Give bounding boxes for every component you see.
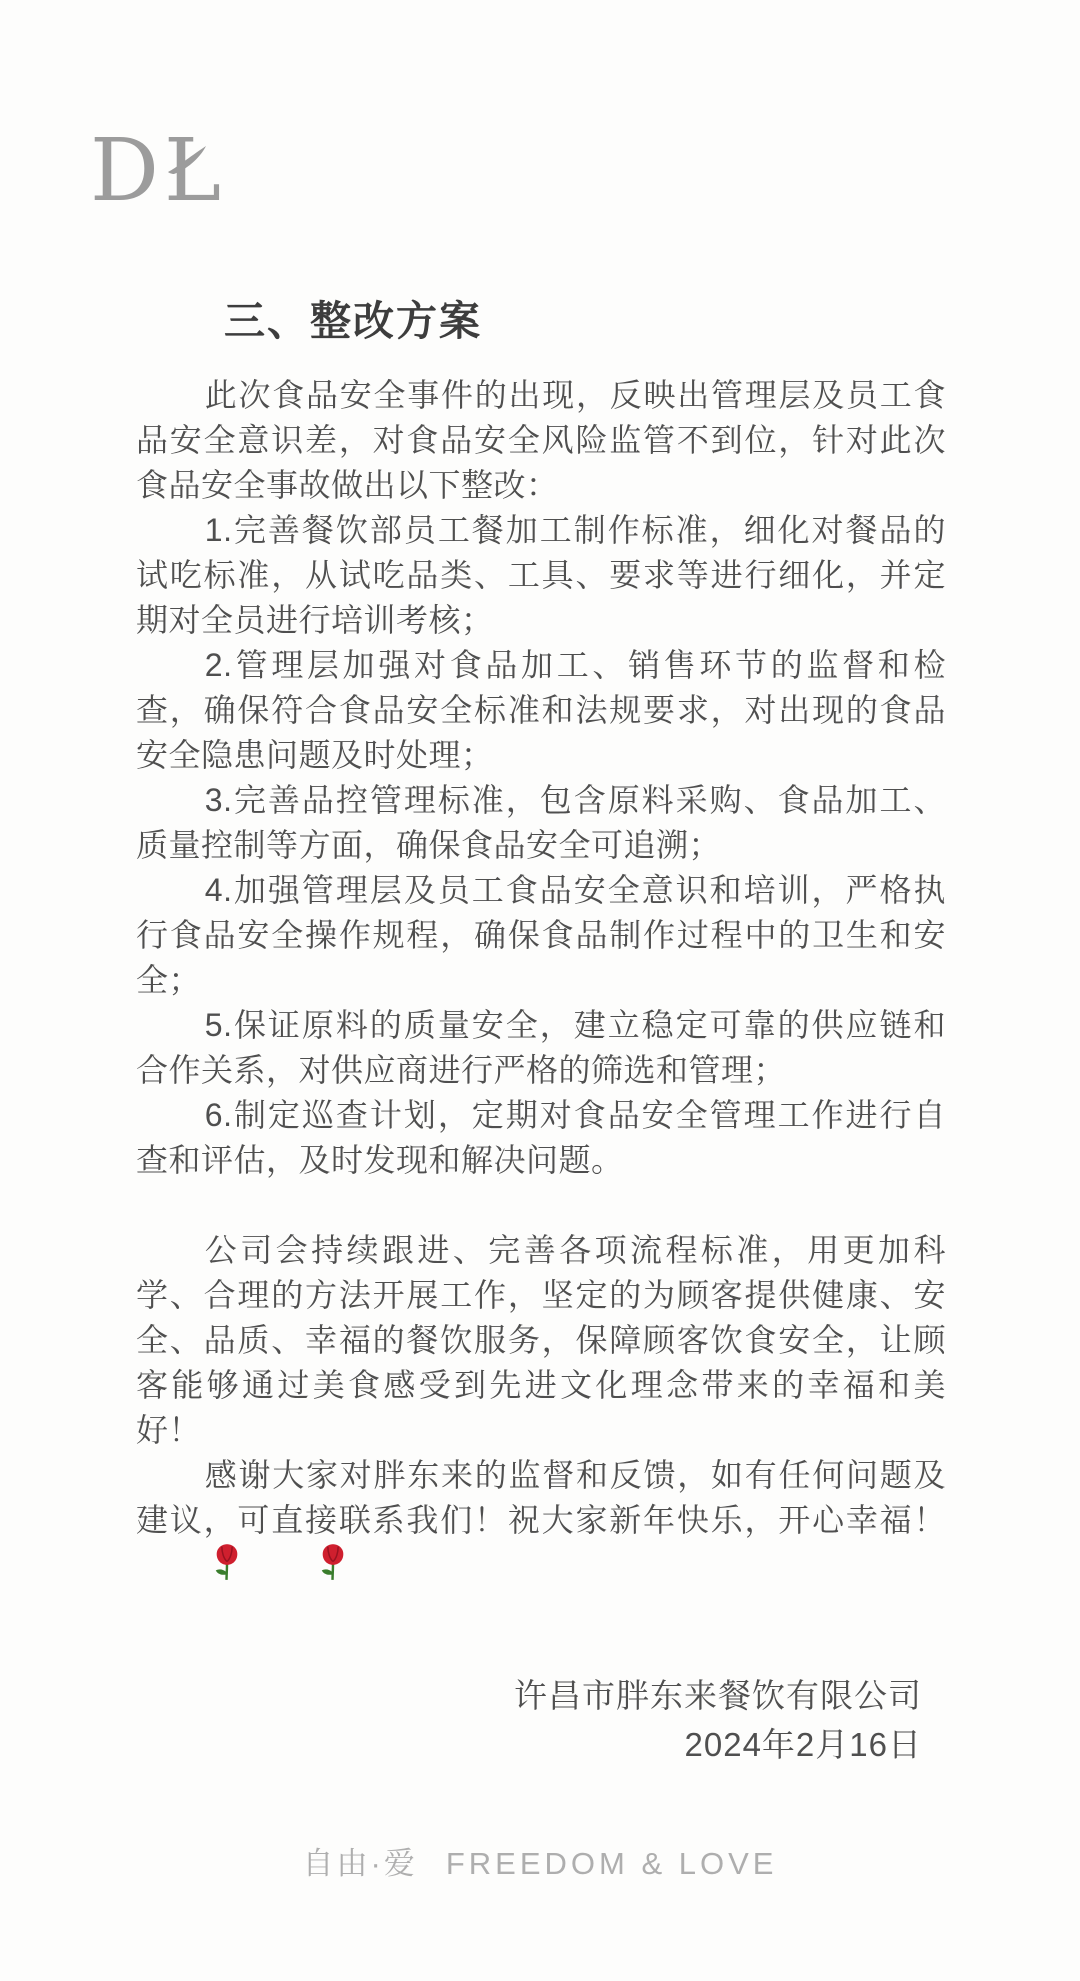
- document-body: 三、整改方案 此次食品安全事件的出现，反映出管理层及员工食品安全意识差，对食品安…: [136, 288, 946, 1769]
- logo-leaf-swoosh-icon: [166, 102, 208, 188]
- footer-slogan-en: FREEDOM & LOVE: [446, 1846, 778, 1881]
- rectification-item-1: 1.完善餐饮部员工餐加工制作标准，细化对餐品的试吃标准，从试吃品类、工具、要求等…: [136, 508, 946, 643]
- rose-icon: [143, 1543, 242, 1593]
- closing-paragraph-2-text: 感谢大家对胖东来的监督和反馈，如有任何问题及建议，可直接联系我们！祝大家新年快乐…: [136, 1457, 946, 1538]
- rose-icon: [249, 1543, 348, 1593]
- intro-paragraph: 此次食品安全事件的出现，反映出管理层及员工食品安全意识差，对食品安全风险监管不到…: [136, 373, 946, 508]
- footer-slogan-cn: 自由·爱: [303, 1846, 418, 1881]
- dl-logo: DL: [90, 128, 226, 214]
- rectification-item-3: 3.完善品控管理标准，包含原料采购、食品加工、质量控制等方面，确保食品安全可追溯…: [136, 778, 946, 868]
- rectification-item-4: 4.加强管理层及员工食品安全意识和培训，严格执行食品安全操作规程，确保食品制作过…: [136, 868, 946, 1003]
- closing-paragraph-1: 公司会持续跟进、完善各项流程标准，用更加科学、合理的方法开展工作，坚定的为顾客提…: [136, 1228, 946, 1453]
- signature-block: 许昌市胖东来餐饮有限公司 2024年2月16日: [136, 1671, 946, 1769]
- section-heading: 三、整改方案: [136, 288, 946, 347]
- rectification-item-2: 2.管理层加强对食品加工、销售环节的监督和检查，确保符合食品安全标准和法规要求，…: [136, 643, 946, 778]
- footer-slogan: 自由·爱FREEDOM & LOVE: [0, 1838, 1080, 1883]
- signature-company: 许昌市胖东来餐饮有限公司: [514, 1671, 922, 1720]
- closing-paragraph-2: 感谢大家对胖东来的监督和反馈，如有任何问题及建议，可直接联系我们！祝大家新年快乐…: [136, 1453, 946, 1593]
- rectification-item-5: 5.保证原料的质量安全，建立稳定可靠的供应链和合作关系，对供应商进行严格的筛选和…: [136, 1003, 946, 1093]
- rectification-item-6: 6.制定巡查计划，定期对食品安全管理工作进行自查和评估，及时发现和解决问题。: [136, 1093, 946, 1183]
- signature-date: 2024年2月16日: [685, 1720, 922, 1769]
